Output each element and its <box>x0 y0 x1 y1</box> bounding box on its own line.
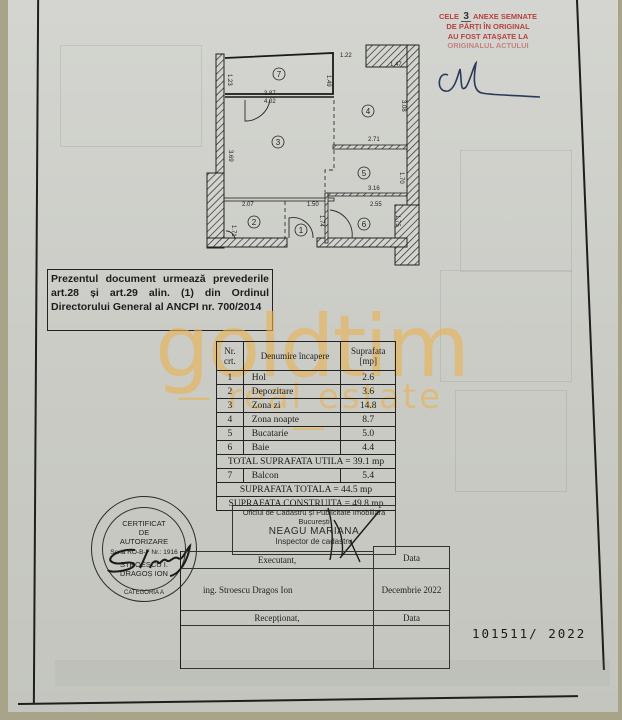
dimension-label: 3.87 <box>264 91 276 97</box>
table-header-row: Nr. crt. Denumire încapere Suprafata [mp… <box>217 342 396 371</box>
dimension-label: 1.50 <box>307 202 319 208</box>
svg-text:2: 2 <box>252 218 257 227</box>
dimension-label: 1.75 <box>394 215 400 227</box>
legal-notice-text: Prezentul document urmează prevederile a… <box>51 273 269 313</box>
legal-notice-box: Prezentul document urmează prevederile a… <box>47 269 273 331</box>
background-drawing-ghost <box>455 390 567 492</box>
dimension-label: 2.71 <box>368 137 380 143</box>
receptionat-signature-cell <box>180 625 374 669</box>
row-area: 2.6 <box>341 371 396 385</box>
table-row: 1Hol2.6 <box>217 371 396 385</box>
executant-date-label-cell: Data <box>373 546 450 569</box>
svg-text:5: 5 <box>362 169 367 178</box>
executant-label-cell: Executant, <box>180 551 374 569</box>
row-nr: 4 <box>217 413 244 427</box>
executant-name-cell: ing. Stroescu Dragos Ion <box>180 568 374 611</box>
row-name: Depozitare <box>243 385 341 399</box>
row-area: 3.6 <box>341 385 396 399</box>
total-usable-row: TOTAL SUPRAFATA UTILA = 39.1 mp <box>217 455 396 469</box>
signature-table: Executant, Data ing. Stroescu Dragos Ion… <box>180 551 450 669</box>
dimension-label: 3.69 <box>227 150 233 162</box>
row-area: 4.4 <box>341 441 396 455</box>
row-nr: 3 <box>217 399 244 413</box>
row-nr: 7 <box>217 469 244 483</box>
row-name: Bucatarie <box>243 427 341 441</box>
dimension-label: 1.74 <box>318 215 324 227</box>
dimension-label: 2.07 <box>242 202 254 208</box>
row-name: Hol <box>243 371 341 385</box>
executant-date-cell: Decembrie 2022 <box>373 568 450 611</box>
row-name: Balcon <box>243 469 341 483</box>
row-area: 8.7 <box>341 413 396 427</box>
svg-text:7: 7 <box>277 70 282 79</box>
receptionat-label-cell: Recepționat, <box>180 610 374 626</box>
dimension-label: 1.47 <box>390 62 402 68</box>
row-name: Baie <box>243 441 341 455</box>
signature-table-divider <box>180 551 181 669</box>
doors <box>226 100 352 239</box>
table-row: 3Zona zi14.8 <box>217 399 396 413</box>
table-row: 4Zona noapte8.7 <box>217 413 396 427</box>
svg-text:1: 1 <box>299 226 304 235</box>
dimension-label: 4.02 <box>264 99 276 105</box>
header-area: Suprafata [mp] <box>341 342 396 371</box>
walls <box>207 45 419 265</box>
registration-number: 101511/ 2022 <box>472 626 586 641</box>
header-nr: Nr. crt. <box>217 342 244 371</box>
dimension-label: 1.71 <box>230 225 236 237</box>
dimension-label: 3.08 <box>400 100 406 112</box>
row-nr: 5 <box>217 427 244 441</box>
table-row: 7Balcon5.4 <box>217 469 396 483</box>
svg-text:6: 6 <box>362 220 367 229</box>
table-row: 5Bucatarie5.0 <box>217 427 396 441</box>
header-name: Denumire încapere <box>243 342 341 371</box>
receptionat-date-label-cell: Data <box>373 610 450 626</box>
dimension-label: 1.22 <box>340 53 352 59</box>
row-nr: 6 <box>217 441 244 455</box>
row-area: 5.0 <box>341 427 396 441</box>
svg-text:4: 4 <box>366 107 371 116</box>
dimension-label: 1.70 <box>398 172 404 184</box>
table-row: 2Depozitare3.6 <box>217 385 396 399</box>
svg-text:3: 3 <box>276 138 281 147</box>
receptionat-date-cell <box>373 625 450 669</box>
row-area: 14.8 <box>341 399 396 413</box>
dimension-label: 1.23 <box>226 74 232 86</box>
table-row: 6Baie4.4 <box>217 441 396 455</box>
room-area-table: Nr. crt. Denumire încapere Suprafata [mp… <box>216 341 396 511</box>
dimension-label: 1.49 <box>325 75 331 87</box>
dimension-label: 3.16 <box>368 186 380 192</box>
row-area: 5.4 <box>341 469 396 483</box>
total-area-row: SUPRAFATA TOTALA = 44.5 mp <box>217 483 396 497</box>
row-name: Zona zi <box>243 399 341 413</box>
row-nr: 2 <box>217 385 244 399</box>
row-name: Zona noapte <box>243 413 341 427</box>
row-nr: 1 <box>217 371 244 385</box>
dimension-label: 2.55 <box>370 202 382 208</box>
